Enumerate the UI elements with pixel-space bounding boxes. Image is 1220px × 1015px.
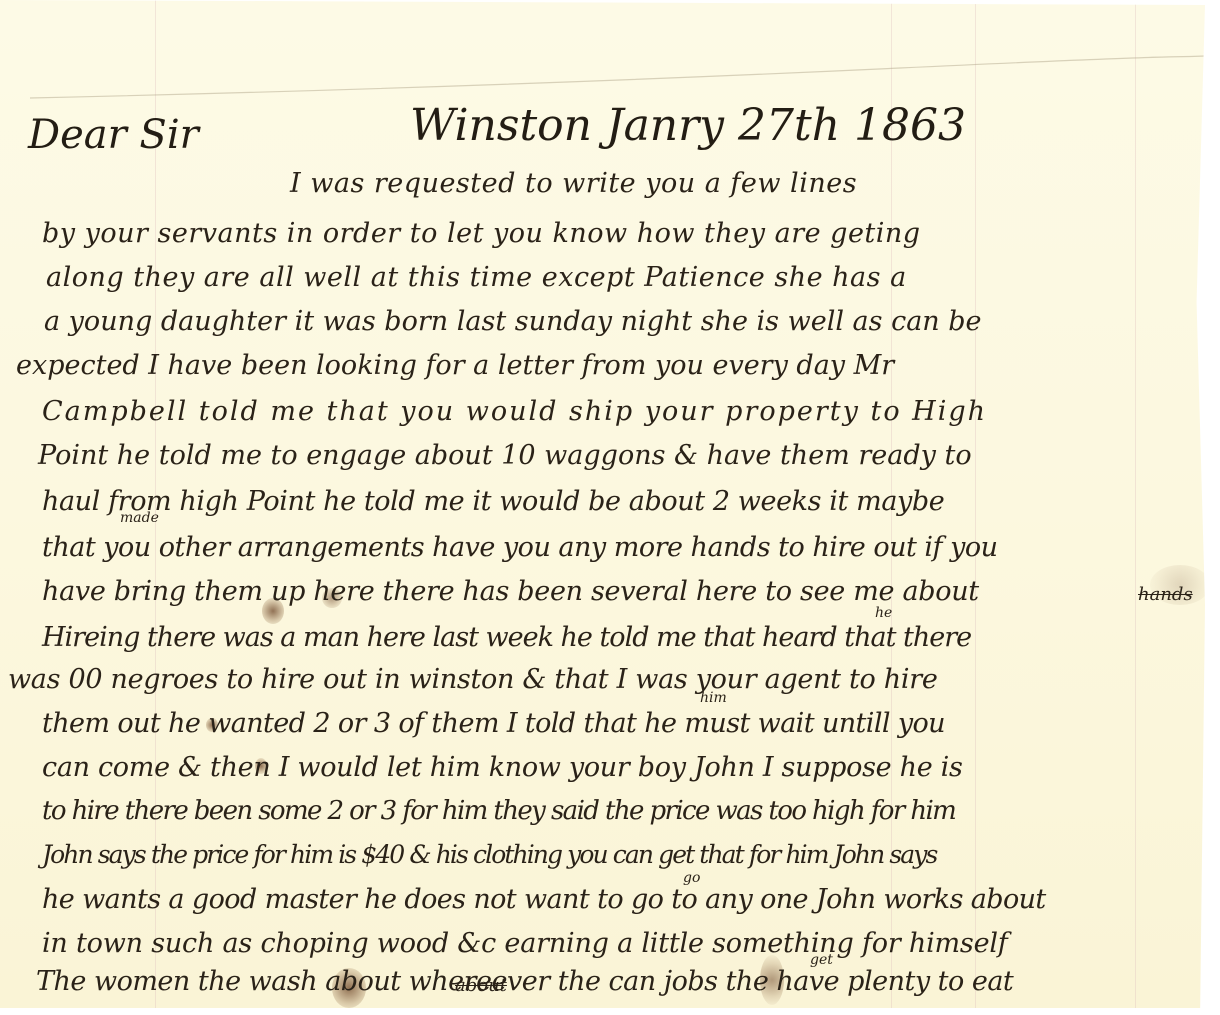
- salutation: Dear Sir: [28, 112, 199, 158]
- letter-line: in town such as choping wood &c earning …: [42, 928, 1008, 959]
- insertion-go: go: [683, 870, 700, 886]
- letter-line: he wants a good master he does not want …: [42, 884, 1046, 915]
- letter-line: Campbell told me that you would ship you…: [42, 396, 987, 427]
- letter-line: a young daughter it was born last sunday…: [44, 306, 982, 337]
- fold-line: [975, 0, 976, 1008]
- insertion-made: made: [120, 510, 159, 526]
- letter-line: by your servants in order to let you kno…: [42, 218, 921, 249]
- struck-word-hands: hands: [1138, 584, 1193, 605]
- letter-line: John says the price for him is $40 & his…: [42, 840, 936, 869]
- letter-line: Point he told me to engage about 10 wagg…: [38, 440, 972, 471]
- letter-line: can come & then I would let him know you…: [42, 752, 963, 783]
- letter-line: haul from high Point he told me it would…: [42, 486, 944, 517]
- letter-line: along they are all well at this time exc…: [46, 262, 907, 293]
- letter-line: was 00 negroes to hire out in winston & …: [8, 664, 938, 695]
- letter-line: have bring them up here there has been s…: [42, 576, 979, 607]
- insertion-he: he: [875, 605, 892, 621]
- letter-line: I was requested to write you a few lines: [290, 168, 857, 199]
- insertion-him: him: [700, 690, 727, 706]
- insertion-get: get: [810, 952, 833, 968]
- place-date: Winston Janry 27th 1863: [410, 100, 966, 151]
- letter-line: expected I have been looking for a lette…: [16, 350, 894, 381]
- struck-word-about: about: [455, 975, 507, 996]
- letter-line: The women the wash about whereever the c…: [36, 966, 1013, 997]
- letter-line: Hireing there was a man here last week h…: [42, 622, 971, 653]
- top-crease: [0, 0, 1205, 100]
- letter-line: to hire there been some 2 or 3 for him t…: [42, 796, 955, 826]
- letter-line: them out he wanted 2 or 3 of them I told…: [42, 708, 945, 739]
- letter-page: Dear Sir Winston Janry 27th 1863 I was r…: [0, 0, 1205, 1008]
- letter-line: that you other arrangements have you any…: [42, 532, 998, 563]
- fold-line: [1135, 0, 1136, 1008]
